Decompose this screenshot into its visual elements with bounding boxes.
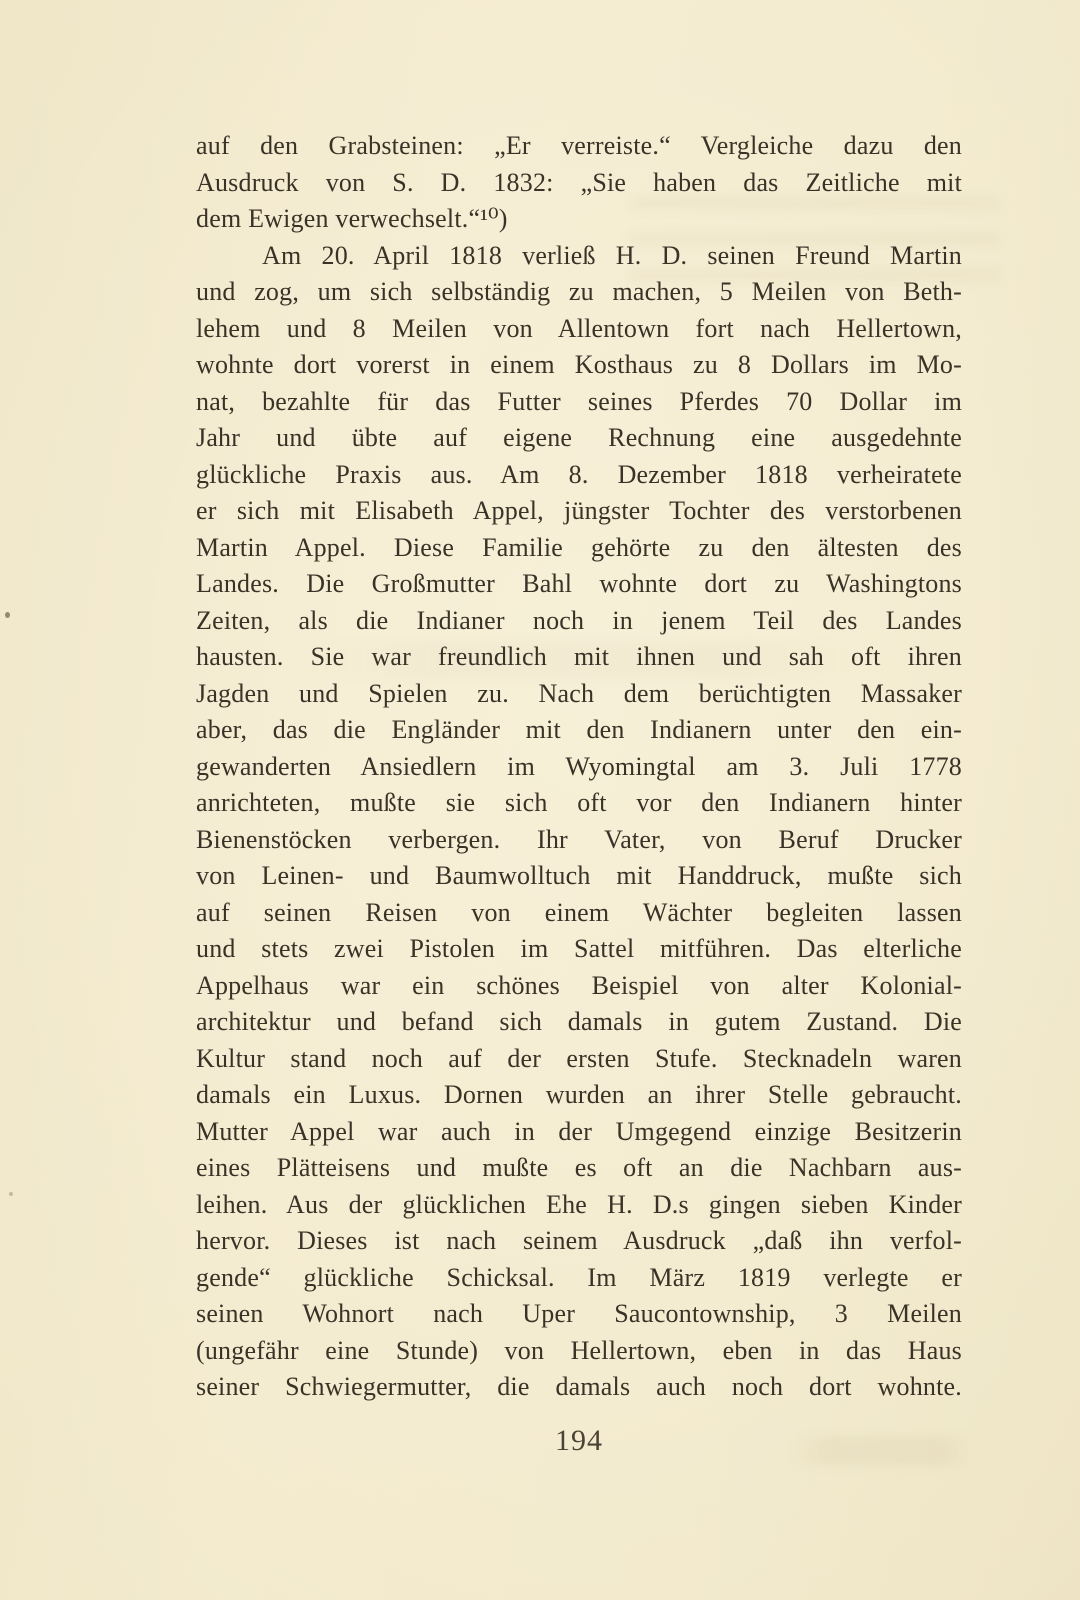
text-line: auf seinen Reisen von einem Wächter begl… (196, 895, 962, 932)
text-line: hausten. Sie war freundlich mit ihnen un… (196, 639, 962, 676)
text-line: und stets zwei Pistolen im Sattel mitfüh… (196, 931, 962, 968)
text-line: Landes. Die Großmutter Bahl wohnte dort … (196, 566, 962, 603)
text-line: hervor. Dieses ist nach seinem Ausdruck … (196, 1223, 962, 1260)
text-line: nat, bezahlte für das Futter seines Pfer… (196, 384, 962, 421)
text-block: auf den Grabsteinen: „Er verreiste.“ Ver… (196, 128, 962, 1406)
text-line: Jagden und Spielen zu. Nach dem berüchti… (196, 676, 962, 713)
text-line: seinen Wohnort nach Uper Saucontownship,… (196, 1296, 962, 1333)
text-line: Zeiten, als die Indianer noch in jenem T… (196, 603, 962, 640)
paper-speck (9, 1192, 13, 1196)
text-line: Jahr und übte auf eigene Rechnung eine a… (196, 420, 962, 457)
text-line: leihen. Aus der glücklichen Ehe H. D.s g… (196, 1187, 962, 1224)
text-line: lehem und 8 Meilen von Allentown fort na… (196, 311, 962, 348)
text-line: eines Plätteisens und mußte es oft an di… (196, 1150, 962, 1187)
text-line: damals ein Luxus. Dornen wurden an ihrer… (196, 1077, 962, 1114)
text-line: Ausdruck von S. D. 1832: „Sie haben das … (196, 165, 962, 202)
paragraph-fragment: auf den Grabsteinen: „Er verreiste.“ Ver… (196, 128, 962, 238)
text-line: auf den Grabsteinen: „Er verreiste.“ Ver… (196, 128, 962, 165)
text-line: glückliche Praxis aus. Am 8. Dezember 18… (196, 457, 962, 494)
book-page-scan: auf den Grabsteinen: „Er verreiste.“ Ver… (0, 0, 1080, 1600)
text-line: Martin Appel. Diese Familie gehörte zu d… (196, 530, 962, 567)
text-line: architektur und befand sich damals in gu… (196, 1004, 962, 1041)
text-line: seiner Schwiegermutter, die damals auch … (196, 1369, 962, 1406)
text-line: von Leinen- und Baumwolltuch mit Handdru… (196, 858, 962, 895)
text-line: aber, das die Engländer mit den Indianer… (196, 712, 962, 749)
text-line: Mutter Appel war auch in der Umgegend ei… (196, 1114, 962, 1151)
text-line: anrichteten, mußte sie sich oft vor den … (196, 785, 962, 822)
text-line: und zog, um sich selbständig zu machen, … (196, 274, 962, 311)
text-line: Appelhaus war ein schönes Beispiel von a… (196, 968, 962, 1005)
text-line: gende“ glückliche Schicksal. Im März 181… (196, 1260, 962, 1297)
text-line: Kultur stand noch auf der ersten Stufe. … (196, 1041, 962, 1078)
text-line: Am 20. April 1818 verließ H. D. seinen F… (196, 238, 962, 275)
text-line: wohnte dort vorerst in einem Kosthaus zu… (196, 347, 962, 384)
text-line: dem Ewigen verwechselt.“¹⁰) (196, 201, 962, 238)
text-line: (ungefähr eine Stunde) von Hellertown, e… (196, 1333, 962, 1370)
text-line: Bienenstöcken verbergen. Ihr Vater, von … (196, 822, 962, 859)
text-line: gewanderten Ansiedlern im Wyomingtal am … (196, 749, 962, 786)
text-line: er sich mit Elisabeth Appel, jüngster To… (196, 493, 962, 530)
paper-speck (5, 612, 10, 618)
page-number: 194 (196, 1424, 962, 1458)
paragraph: Am 20. April 1818 verließ H. D. seinen F… (196, 238, 962, 1406)
